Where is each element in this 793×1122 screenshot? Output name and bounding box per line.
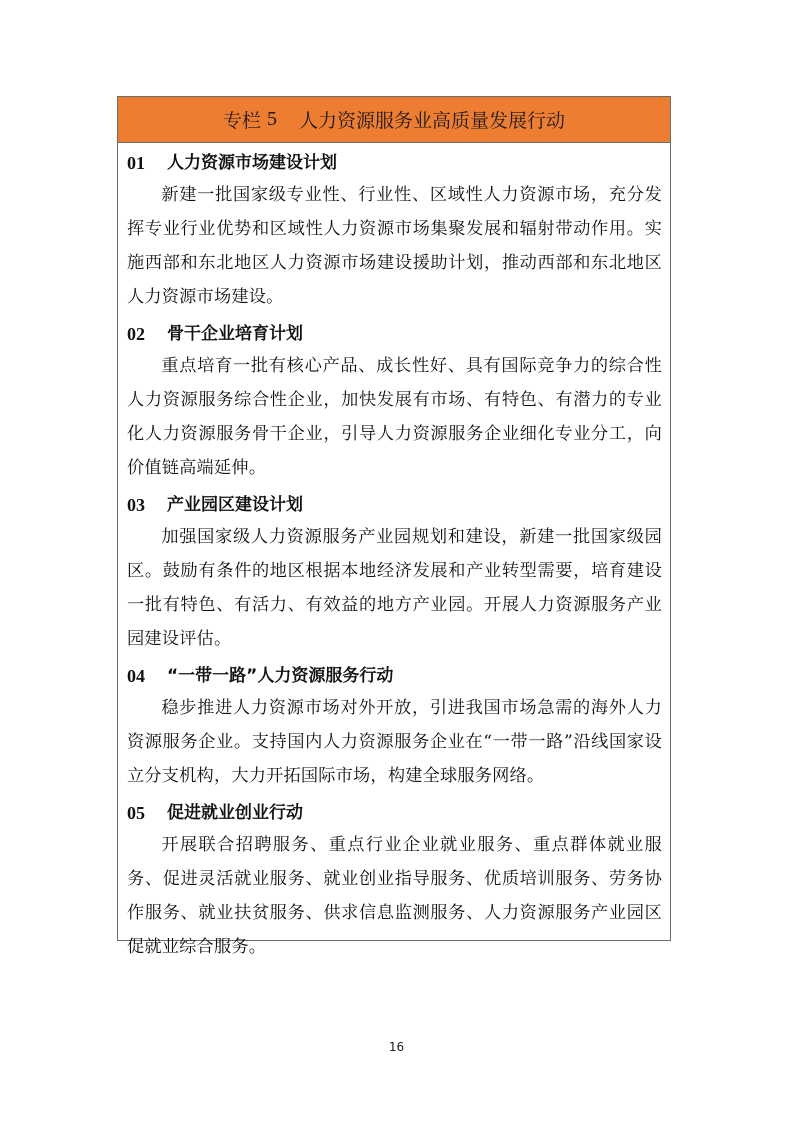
section-text: 稳步推进人力资源市场对外开放，引进我国市场急需的海外人力资源服务企业。支持国内人… bbox=[127, 691, 662, 793]
section-01: 01 人力资源市场建设计划 新建一批国家级专业性、行业性、区域性人力资源市场，充… bbox=[127, 148, 662, 314]
section-number: 02 bbox=[127, 319, 167, 349]
section-heading: 01 人力资源市场建设计划 bbox=[127, 148, 662, 178]
section-title: “一带一路”人力资源服务行动 bbox=[167, 661, 393, 691]
section-number: 05 bbox=[127, 798, 167, 828]
box-body: 01 人力资源市场建设计划 新建一批国家级专业性、行业性、区域性人力资源市场，充… bbox=[118, 143, 670, 964]
section-text: 重点培育一批有核心产品、成长性好、具有国际竞争力的综合性人力资源服务综合性企业，… bbox=[127, 349, 662, 485]
section-heading: 05 促进就业创业行动 bbox=[127, 798, 662, 828]
section-title: 产业园区建设计划 bbox=[167, 490, 303, 520]
section-text: 开展联合招聘服务、重点行业企业就业服务、重点群体就业服务、促进灵活就业服务、就业… bbox=[127, 828, 662, 964]
feature-box: 专栏 5 人力资源服务业高质量发展行动 01 人力资源市场建设计划 新建一批国家… bbox=[117, 96, 671, 941]
box-title-number: 5 bbox=[267, 108, 277, 131]
box-title-prefix: 专栏 bbox=[223, 106, 261, 133]
box-header: 专栏 5 人力资源服务业高质量发展行动 bbox=[118, 97, 670, 143]
section-number: 03 bbox=[127, 490, 167, 520]
section-04: 04 “一带一路”人力资源服务行动 稳步推进人力资源市场对外开放，引进我国市场急… bbox=[127, 661, 662, 793]
section-02: 02 骨干企业培育计划 重点培育一批有核心产品、成长性好、具有国际竞争力的综合性… bbox=[127, 319, 662, 485]
section-heading: 03 产业园区建设计划 bbox=[127, 490, 662, 520]
section-text: 加强国家级人力资源服务产业园规划和建设，新建一批国家级园区。鼓励有条件的地区根据… bbox=[127, 520, 662, 656]
section-heading: 04 “一带一路”人力资源服务行动 bbox=[127, 661, 662, 691]
section-number: 04 bbox=[127, 661, 167, 691]
section-03: 03 产业园区建设计划 加强国家级人力资源服务产业园规划和建设，新建一批国家级园… bbox=[127, 490, 662, 656]
section-heading: 02 骨干企业培育计划 bbox=[127, 319, 662, 349]
section-number: 01 bbox=[127, 148, 167, 178]
section-title: 促进就业创业行动 bbox=[167, 798, 303, 828]
section-title: 人力资源市场建设计划 bbox=[167, 148, 337, 178]
page-number: 16 bbox=[0, 1040, 793, 1054]
box-title: 人力资源服务业高质量发展行动 bbox=[299, 106, 565, 133]
section-text: 新建一批国家级专业性、行业性、区域性人力资源市场，充分发挥专业行业优势和区域性人… bbox=[127, 178, 662, 314]
section-title: 骨干企业培育计划 bbox=[167, 319, 303, 349]
section-05: 05 促进就业创业行动 开展联合招聘服务、重点行业企业就业服务、重点群体就业服务… bbox=[127, 798, 662, 964]
